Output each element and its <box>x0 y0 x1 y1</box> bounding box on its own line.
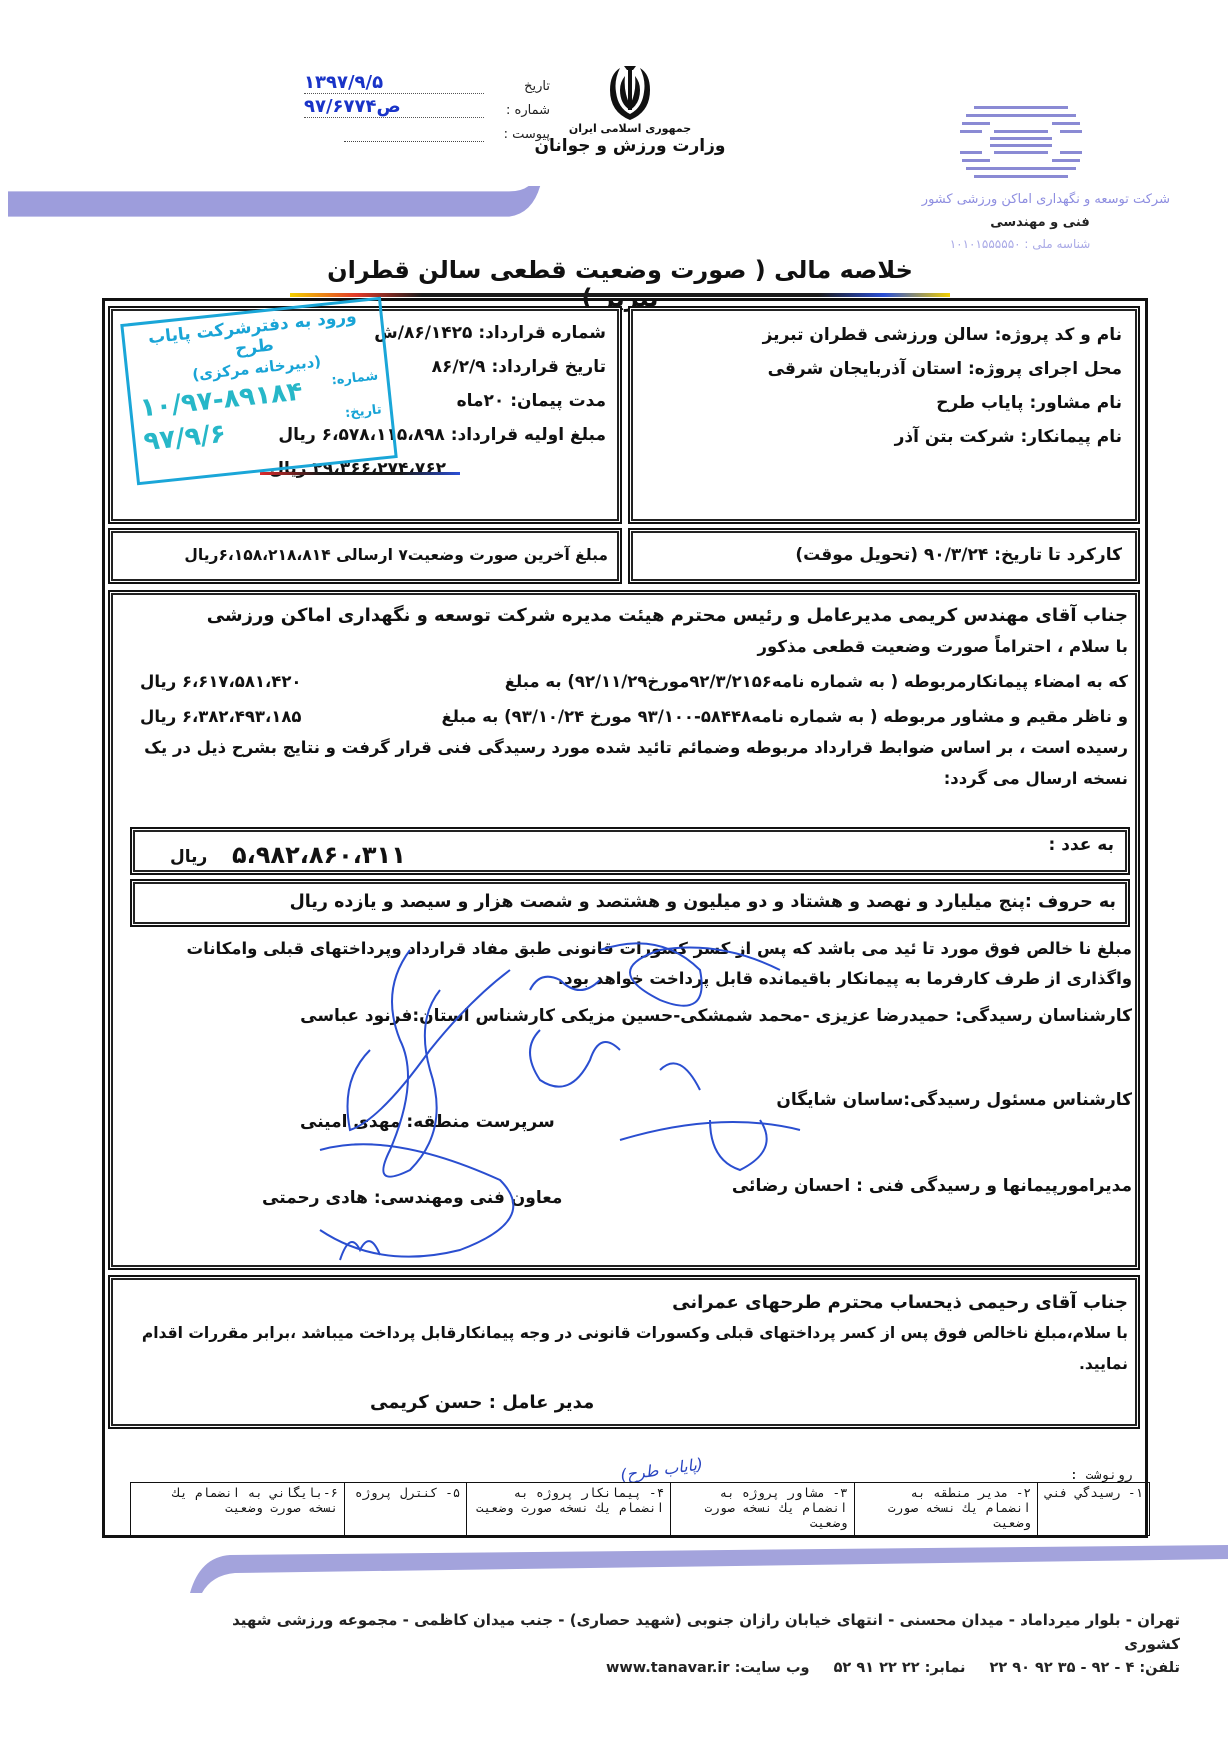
technical-deputy-line: معاون فنی ومهندسی: هادی رحمتی <box>262 1188 562 1208</box>
header-decorative-band <box>8 186 818 222</box>
cc-item-1: ۱- رسیدگي فني <box>1037 1483 1149 1536</box>
project-name-field: نام و کد پروژه: سالن ورزشی قطران تبریز <box>646 318 1122 352</box>
cc-item-2: ۲- مدیر منطقه به انضمام یك نسخه صورت وضع… <box>854 1483 1037 1536</box>
cc-label: رونوشت : <box>1070 1468 1133 1483</box>
consultant-amount-line: و ناظر مقیم و مشاور مربوطه ( به شماره نا… <box>120 701 1128 732</box>
number-row: شماره : ۹۷/۶۷۷۴ص <box>250 94 550 118</box>
contractor-value: شرکت بتن آذر <box>895 427 1015 447</box>
performance-field: کارکرد تا تاریخ: ۹۰/۳/۲۴ (تحویل موقت) <box>646 538 1122 572</box>
project-name-label: نام و کد پروژه: <box>995 325 1122 345</box>
letter2-salutation: جناب آقای رحیمی ذیحساب محترم طرحهای عمرا… <box>120 1287 1128 1318</box>
ministry-name: وزارت ورزش و جوانان <box>520 136 740 156</box>
in-figures-label: به عدد : <box>1049 835 1115 855</box>
last-statement-text: مبلغ آخرین صورت وضعیت۷ ارسالی ۶،۱۵۸،۲۱۸،… <box>122 542 608 568</box>
stamp-date-value: ۹۷/۹/۶ <box>142 419 227 457</box>
footer-phone: تلفن: ۴ - ۹۲ - ۳۵ ۹۲ ۹۰ ۲۲ <box>989 1660 1180 1676</box>
government-name: جمهوری اسلامی ایران <box>540 122 720 135</box>
cc-item-3: ۳- مشاور پروژه به انضمام یك نسخه صورت وض… <box>671 1483 854 1536</box>
date-value: ۱۳۹۷/۹/۵ <box>304 72 484 94</box>
contract-number-label: شماره قرارداد: <box>478 323 606 343</box>
contracts-manager-line: مدیرامورپیمانها و رسیدگی فنی : احسان رضا… <box>732 1176 1132 1196</box>
review-body: رسیده است ، بر اساس ضوابط قرارداد مربوطه… <box>120 732 1128 794</box>
cc-item-6: ۶-بایگاني به انضمام یك نسخه صورت وضعیت <box>131 1483 345 1536</box>
in-figures-unit: ریال <box>170 847 207 867</box>
consultant-label: نام مشاور: <box>1029 393 1122 413</box>
cc-row: ۱- رسیدگي فني ۲- مدیر منطقه به انضمام یك… <box>131 1483 1150 1536</box>
consultant-amount: ۶،۳۸۲،۴۹۳،۱۸۵ ریال <box>120 701 301 732</box>
reviewers-line: کارشناسان رسیدگی: حمیدرضا عزیزی -محمد شم… <box>300 1006 1132 1026</box>
website-link[interactable]: www.tanavar.ir <box>606 1660 730 1676</box>
cc-item-5: ۵- کنترل پروژه <box>345 1483 467 1536</box>
amount-in-words-box: به حروف :پنج میلیارد و نهصد و هشتاد و دو… <box>130 879 1130 927</box>
contract-duration-label: مدت پیمان: <box>510 391 606 411</box>
project-info-box: نام و کد پروژه: سالن ورزشی قطران تبریز م… <box>628 306 1140 524</box>
contractor-label: نام پیمانکار: <box>1021 427 1123 447</box>
title-underline <box>290 293 950 297</box>
attachment-row: پیوست : <box>250 118 550 142</box>
letter-body: جناب آقای مهندس کریمی مدیرعامل و رئیس مح… <box>108 590 1140 1270</box>
letter-greeting: با سلام ، احتراماً صورت وضعیت قطعی مذکور <box>120 631 1128 662</box>
stamp-date-label: تاریخ: <box>344 402 384 436</box>
project-location-field: محل اجرای پروژه: استان آذربایجان شرقی <box>646 352 1122 386</box>
company-name: شرکت توسعه و نگهداری اماکن ورزشی کشور <box>870 192 1170 207</box>
initial-amount-label: مبلغ اولیه قرارداد: <box>451 425 606 445</box>
contractor-letter-text: که به امضاء پیمانکارمربوطه ( به شماره نا… <box>505 666 1128 697</box>
amount-divider <box>260 472 460 475</box>
consultant-value: پایاب طرح <box>936 393 1023 413</box>
receipt-stamp: ورود به دفترشرکت پایاب طرح (دبیرخانه مرک… <box>120 297 397 485</box>
company-logo-icon <box>960 96 1082 188</box>
footer-address: تهران - بلوار میرداماد - میدان محسنی - ا… <box>200 1608 1180 1656</box>
number-label: شماره : <box>490 103 550 118</box>
contract-date-label: تاریخ قرارداد: <box>491 357 606 377</box>
footer-contact: تلفن: ۴ - ۹۲ - ۳۵ ۹۲ ۹۰ ۲۲ نمابر: ۲۲ ۲۲ … <box>400 1660 1180 1676</box>
contractor-amount-line: که به امضاء پیمانکارمربوطه ( به شماره نا… <box>120 666 1128 697</box>
region-supervisor-line: سرپرست منطقه: مهدی امینی <box>300 1112 555 1132</box>
contractor-field: نام پیمانکار: شرکت بتن آذر <box>646 420 1122 454</box>
ceo-signatory: مدیر عامل : حسن کریمی <box>370 1392 594 1413</box>
project-location-label: محل اجرای پروژه: <box>968 359 1122 379</box>
date-label: تاریخ <box>490 79 550 94</box>
net-amount-note: مبلغ نا خالص فوق مورد تا ئید می باشد که … <box>126 934 1132 994</box>
cc-table: ۱- رسیدگي فني ۲- مدیر منطقه به انضمام یك… <box>130 1482 1150 1536</box>
department-name: فنی و مهندسی <box>960 215 1120 230</box>
in-words-text: به حروف :پنج میلیارد و نهصد و هشتاد و دو… <box>144 887 1116 918</box>
number-value: ۹۷/۶۷۷۴ص <box>304 96 484 118</box>
contractor-amount: ۶،۶۱۷،۵۸۱،۴۲۰ ریال <box>120 666 301 697</box>
footer-website-group: وب سایت: www.tanavar.ir <box>606 1660 810 1676</box>
performance-box: کارکرد تا تاریخ: ۹۰/۳/۲۴ (تحویل موقت) <box>628 528 1140 584</box>
payment-instruction-letter: جناب آقای رحیمی ذیحساب محترم طرحهای عمرا… <box>108 1275 1140 1429</box>
consultant-field: نام مشاور: پایاب طرح <box>646 386 1122 420</box>
contract-duration-value: ۲۰ماه <box>457 391 505 411</box>
contract-date-value: ۸۶/۲/۹ <box>432 357 486 377</box>
contract-number-value: ۸۶/۱۴۲۵/ش <box>374 323 472 343</box>
letter2-body: با سلام،مبلغ ناخالص فوق پس از کسر پرداخت… <box>120 1318 1128 1380</box>
project-name-value: سالن ورزشی قطران تبریز <box>763 325 989 345</box>
attachment-value <box>344 141 484 142</box>
in-figures-value: ۵،۹۸۲،۸۶۰،۳۱۱ <box>232 841 406 869</box>
amount-in-figures-box: به عدد : ۵،۹۸۲،۸۶۰،۳۱۱ ریال <box>130 827 1130 875</box>
letter-salutation: جناب آقای مهندس کریمی مدیرعامل و رئیس مح… <box>120 600 1128 631</box>
website-label: وب سایت: <box>735 1660 810 1676</box>
date-row: تاریخ ۱۳۹۷/۹/۵ <box>250 70 550 94</box>
footer-decorative-band <box>190 1545 1228 1593</box>
project-location-value: استان آذربایجان شرقی <box>768 359 962 379</box>
last-statement-box: مبلغ آخرین صورت وضعیت۷ ارسالی ۶،۱۵۸،۲۱۸،… <box>108 528 622 584</box>
stamp-number-label: شماره: <box>331 369 381 404</box>
performance-label: کارکرد تا تاریخ: <box>994 545 1122 565</box>
cc-item-4: ۴- پیمانکار پروژه به انضمام یك نسخه صورت… <box>467 1483 671 1536</box>
national-id: شناسه ملی : ۱۰۱۰۱۵۵۵۵۵۰ <box>920 237 1120 251</box>
consultant-letter-text: و ناظر مقیم و مشاور مربوطه ( به شماره نا… <box>441 701 1128 732</box>
lead-reviewer-line: کارشناس مسئول رسیدگی:ساسان شایگان <box>776 1090 1132 1110</box>
footer-fax: نمابر: ۲۲ ۲۲ ۹۱ ۵۲ <box>834 1660 966 1676</box>
letter-meta: تاریخ ۱۳۹۷/۹/۵ شماره : ۹۷/۶۷۷۴ص پیوست : <box>250 70 550 142</box>
iran-emblem-icon <box>600 62 660 124</box>
performance-value: ۹۰/۳/۲۴ (تحویل موقت) <box>795 545 988 565</box>
